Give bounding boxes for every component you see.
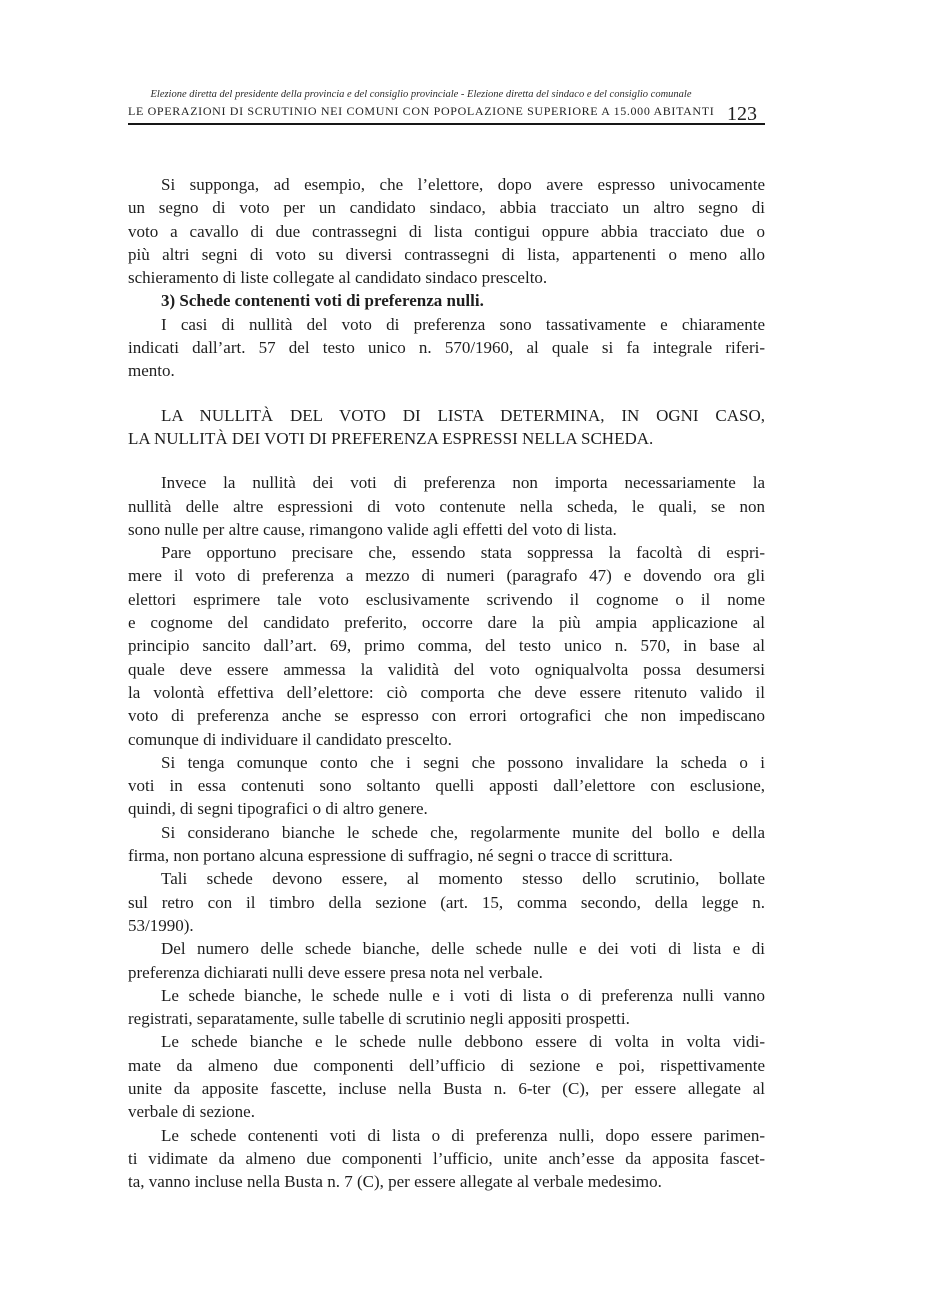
paragraph: Pare opportuno precisare che, essendo st… (128, 541, 765, 751)
paragraph: Si considerano bianche le schede che, re… (128, 821, 765, 868)
text-line: Le schede contenenti voti di lista o di … (128, 1124, 765, 1147)
text-line: Si tenga comunque conto che i segni che … (128, 751, 765, 774)
text-line: la volontà effettiva dell’elettore: ciò … (128, 681, 765, 704)
paragraph: Le schede contenenti voti di lista o di … (128, 1124, 765, 1194)
text-line: comunque di individuare il candidato pre… (128, 728, 765, 751)
text-line: più altri segni di voto su diversi contr… (128, 243, 765, 266)
body-text: Si supponga, ad esempio, che l’elettore,… (128, 173, 765, 1193)
text-line: Tali schede devono essere, al momento st… (128, 867, 765, 890)
text-line: Si considerano bianche le schede che, re… (128, 821, 765, 844)
text-line: verbale di sezione. (128, 1100, 765, 1123)
text-line: un segno di voto per un candidato sindac… (128, 196, 765, 219)
text-line: sul retro con il timbro della sezione (a… (128, 891, 765, 914)
text-line: Del numero delle schede bianche, delle s… (128, 937, 765, 960)
text-line: principio sancito dall’art. 69, primo co… (128, 634, 765, 657)
text-line: I casi di nullità del voto di preferenza… (128, 313, 765, 336)
text-line: voto a cavallo di due contrassegni di li… (128, 220, 765, 243)
text-line: nullità delle altre espressioni di voto … (128, 495, 765, 518)
section-heading: 3) Schede contenenti voti di preferenza … (128, 289, 765, 312)
text-line: sono nulle per altre cause, rimangono va… (128, 518, 765, 541)
paragraph: Del numero delle schede bianche, delle s… (128, 937, 765, 984)
text-line: ti vidimate da almeno due componenti l’u… (128, 1147, 765, 1170)
text-line: mate da almeno due componenti dell’uffic… (128, 1054, 765, 1077)
text-line: Le schede bianche, le schede nulle e i v… (128, 984, 765, 1007)
text-line: LA NULLITÀ DEL VOTO DI LISTA DETERMINA, … (128, 404, 765, 427)
text-line: Le schede bianche e le schede nulle debb… (128, 1030, 765, 1053)
paragraph: Si supponga, ad esempio, che l’elettore,… (128, 173, 765, 289)
paragraph: Tali schede devono essere, al momento st… (128, 867, 765, 937)
paragraph: Si tenga comunque conto che i segni che … (128, 751, 765, 821)
text-line: e cognome del candidato preferito, occor… (128, 611, 765, 634)
text-line: 3) Schede contenenti voti di preferenza … (128, 289, 765, 312)
text-line: mento. (128, 359, 765, 382)
header-rule (128, 123, 765, 125)
running-titles: Elezione diretta del presidente della pr… (128, 88, 714, 119)
text-line: mere il voto di preferenza a mezzo di nu… (128, 564, 765, 587)
text-line: Si supponga, ad esempio, che l’elettore,… (128, 173, 765, 196)
text-line: voti in essa contenuti sono soltanto que… (128, 774, 765, 797)
running-title-italic: Elezione diretta del presidente della pr… (128, 88, 714, 102)
text-line: Pare opportuno precisare che, essendo st… (128, 541, 765, 564)
text-line: elettori esprimere tale voto esclusivame… (128, 588, 765, 611)
emphasis-block: LA NULLITÀ DEL VOTO DI LISTA DETERMINA, … (128, 404, 765, 451)
text-line: 53/1990). (128, 914, 765, 937)
document-page: Elezione diretta del presidente della pr… (0, 0, 933, 1299)
text-line: quale deve essere ammessa la validità de… (128, 658, 765, 681)
text-line: indicati dall’art. 57 del testo unico n.… (128, 336, 765, 359)
paragraph: Le schede bianche e le schede nulle debb… (128, 1030, 765, 1123)
text-line: preferenza dichiarati nulli deve essere … (128, 961, 765, 984)
text-column: Elezione diretta del presidente della pr… (128, 88, 765, 1193)
page-header: Elezione diretta del presidente della pr… (128, 88, 765, 125)
text-line: schieramento di liste collegate al candi… (128, 266, 765, 289)
text-line: ta, vanno incluse nella Busta n. 7 (C), … (128, 1170, 765, 1193)
text-line: firma, non portano alcuna espressione di… (128, 844, 765, 867)
paragraph: Le schede bianche, le schede nulle e i v… (128, 984, 765, 1031)
text-line: voto di preferenza anche se espresso con… (128, 704, 765, 727)
paragraph: Invece la nullità dei voti di preferenza… (128, 471, 765, 541)
page-number: 123 (727, 104, 757, 124)
text-line: unite da apposite fascette, incluse nell… (128, 1077, 765, 1100)
paragraph: I casi di nullità del voto di preferenza… (128, 313, 765, 383)
text-line: quindi, di segni tipografici o di altro … (128, 797, 765, 820)
text-line: LA NULLITÀ DEI VOTI DI PREFERENZA ESPRES… (128, 427, 765, 450)
text-line: registrati, separatamente, sulle tabelle… (128, 1007, 765, 1030)
running-title-caps: LE OPERAZIONI DI SCRUTINIO NEI COMUNI CO… (128, 104, 714, 119)
text-line: Invece la nullità dei voti di preferenza… (128, 471, 765, 494)
